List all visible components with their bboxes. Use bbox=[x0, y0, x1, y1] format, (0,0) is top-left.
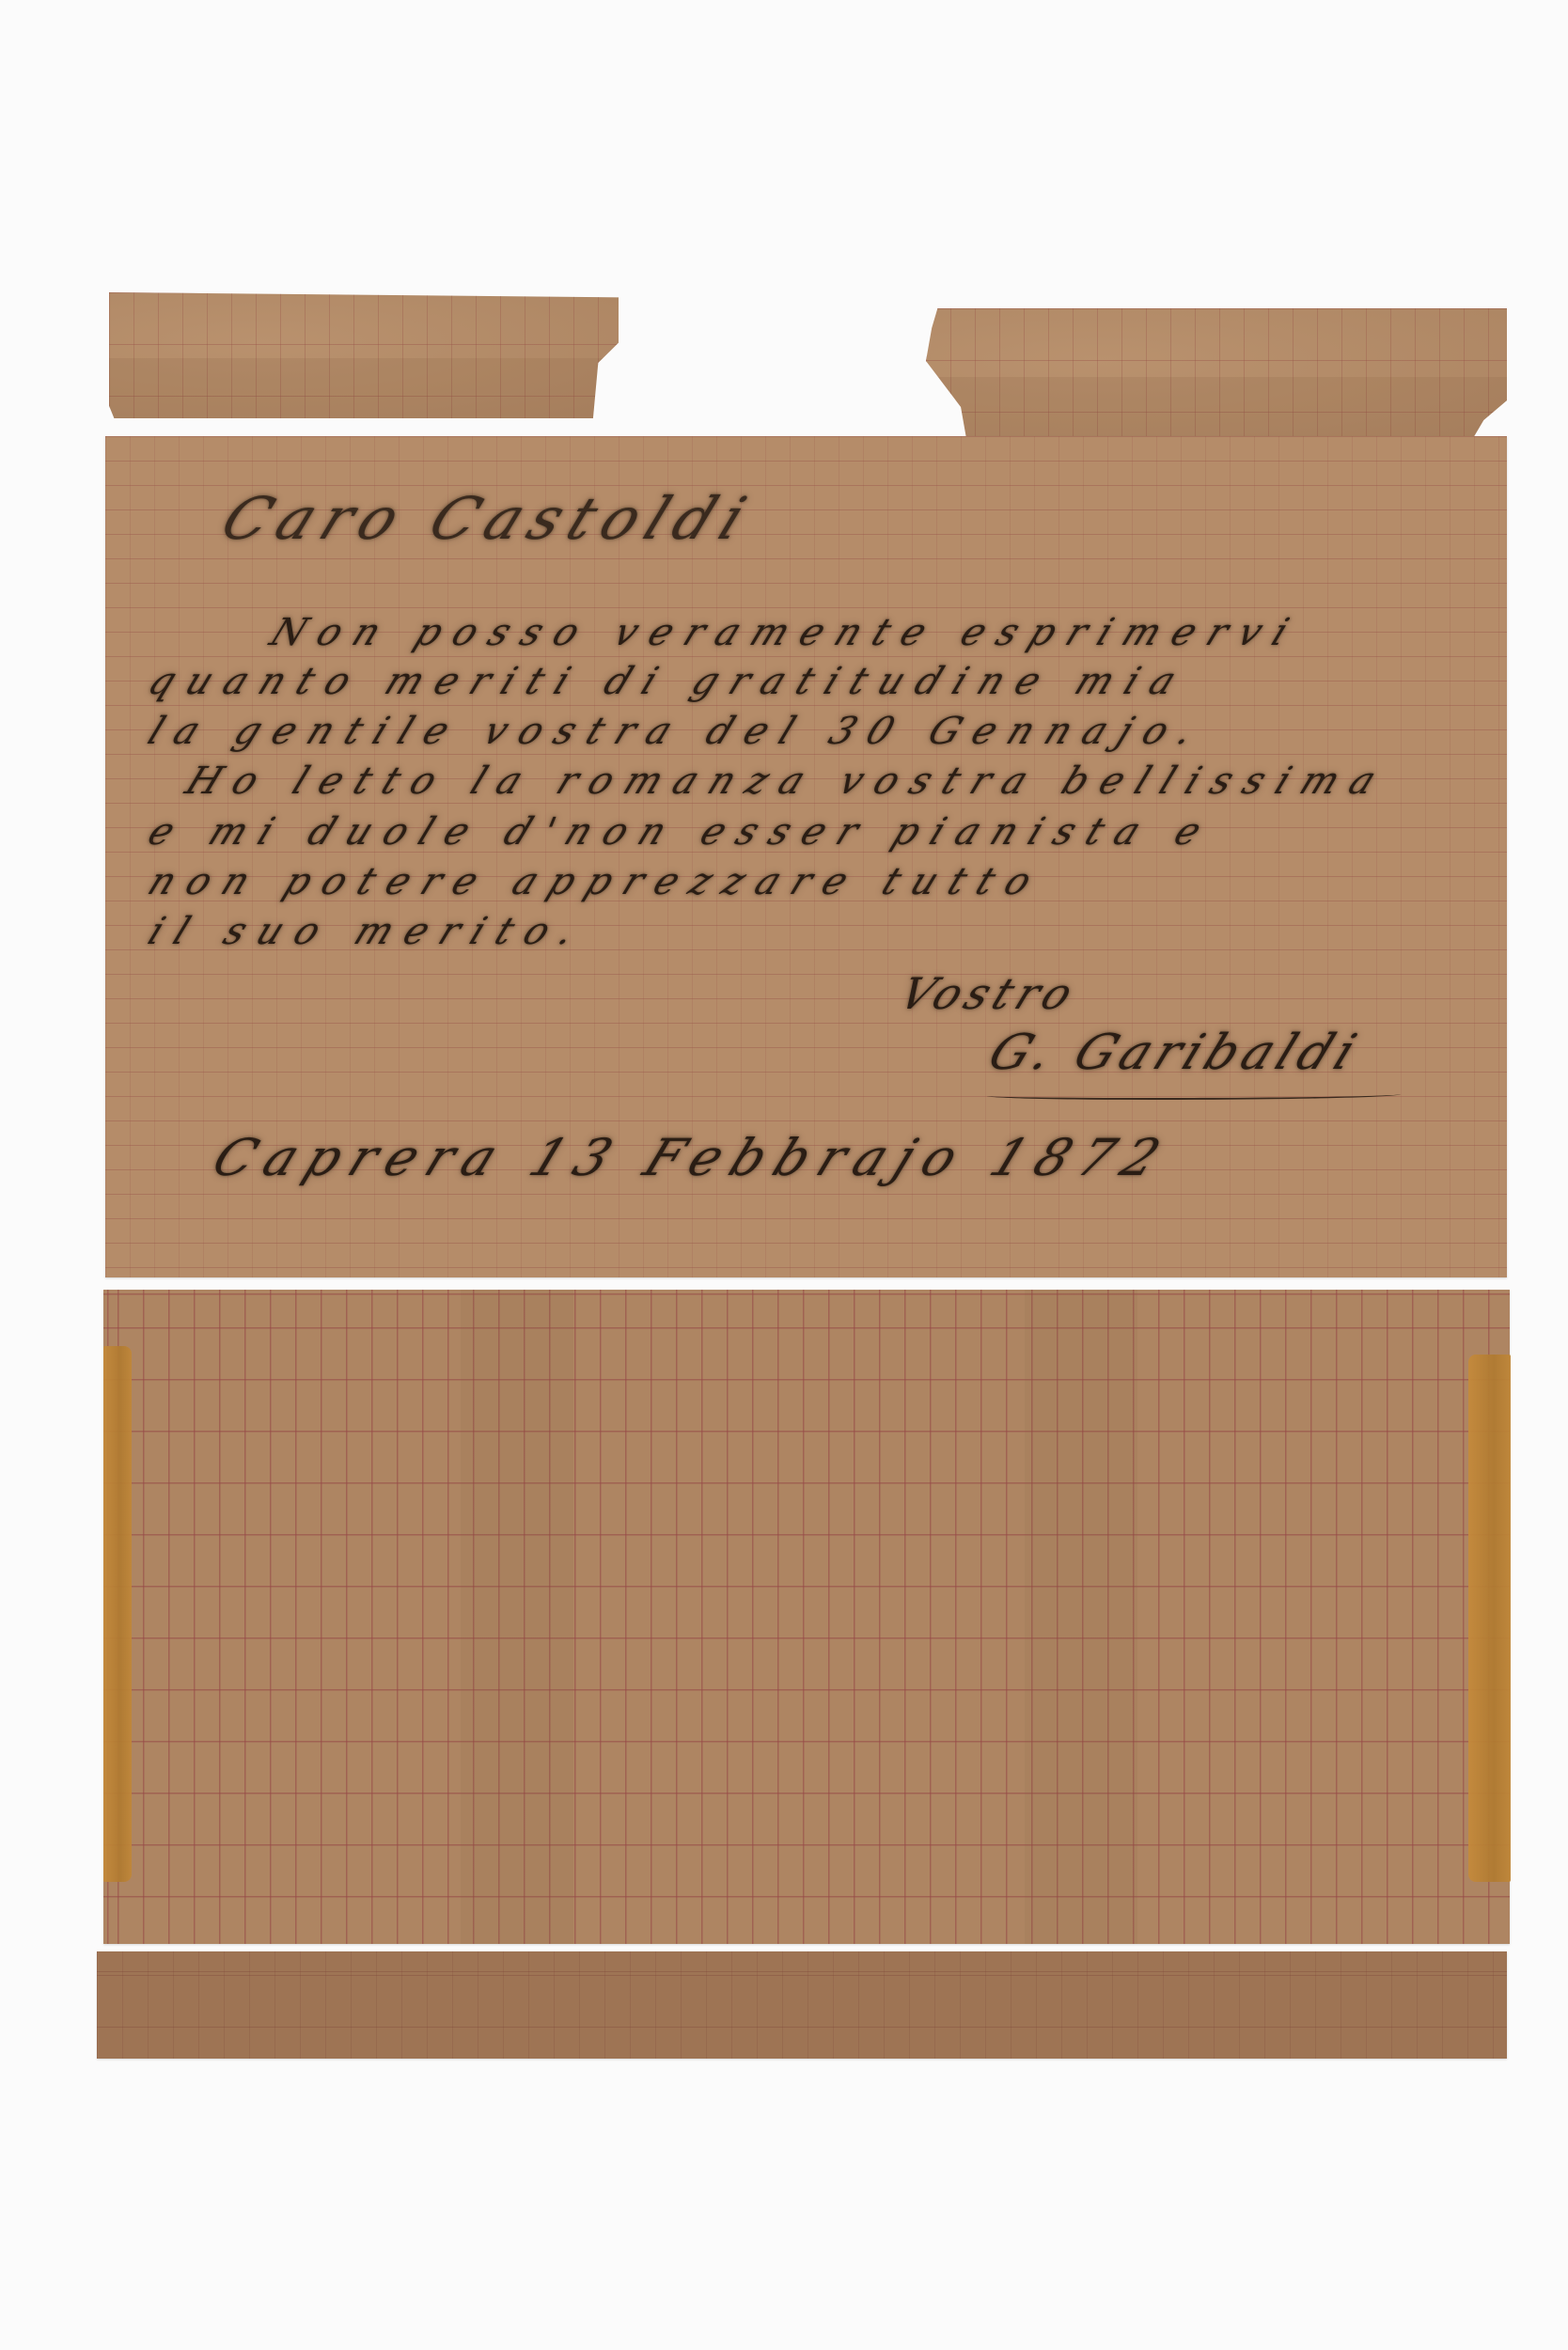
letter-line: quanto meriti di gratitudine mia bbox=[142, 660, 1196, 703]
adhesive-tape-left bbox=[103, 1346, 132, 1882]
place-and-date: Caprera 13 Febbrajo 1872 bbox=[204, 1128, 1180, 1187]
fold-shadow bbox=[926, 377, 1507, 440]
adhesive-tape-right bbox=[1468, 1355, 1511, 1882]
letter-line: Ho letto la romanza vostra bellissima bbox=[180, 760, 1396, 803]
torn-fragment-top-left bbox=[109, 292, 619, 418]
signature: G. Garibaldi bbox=[980, 1025, 1370, 1081]
letter-line: Non posso veramente esprimervi bbox=[264, 611, 1309, 654]
letter-line: e mi duole d'non esser pianista e bbox=[142, 810, 1221, 854]
water-stain bbox=[461, 1290, 573, 1944]
blank-graph-sheet bbox=[103, 1290, 1510, 1944]
fold-shadow bbox=[109, 358, 619, 418]
torn-fragment-top-right bbox=[926, 308, 1507, 440]
letter-line: il suo merito. bbox=[142, 910, 595, 953]
letter-line: la gentile vostra del 30 Gennajo. bbox=[142, 710, 1214, 753]
letter-line: non potere apprezzare tutto bbox=[142, 860, 1051, 903]
letter-closing: Vostro bbox=[892, 968, 1086, 1019]
folded-bottom-strip bbox=[97, 1951, 1507, 2059]
letter-salutation: Caro Castoldi bbox=[212, 484, 764, 553]
water-stain bbox=[1025, 1290, 1137, 1944]
